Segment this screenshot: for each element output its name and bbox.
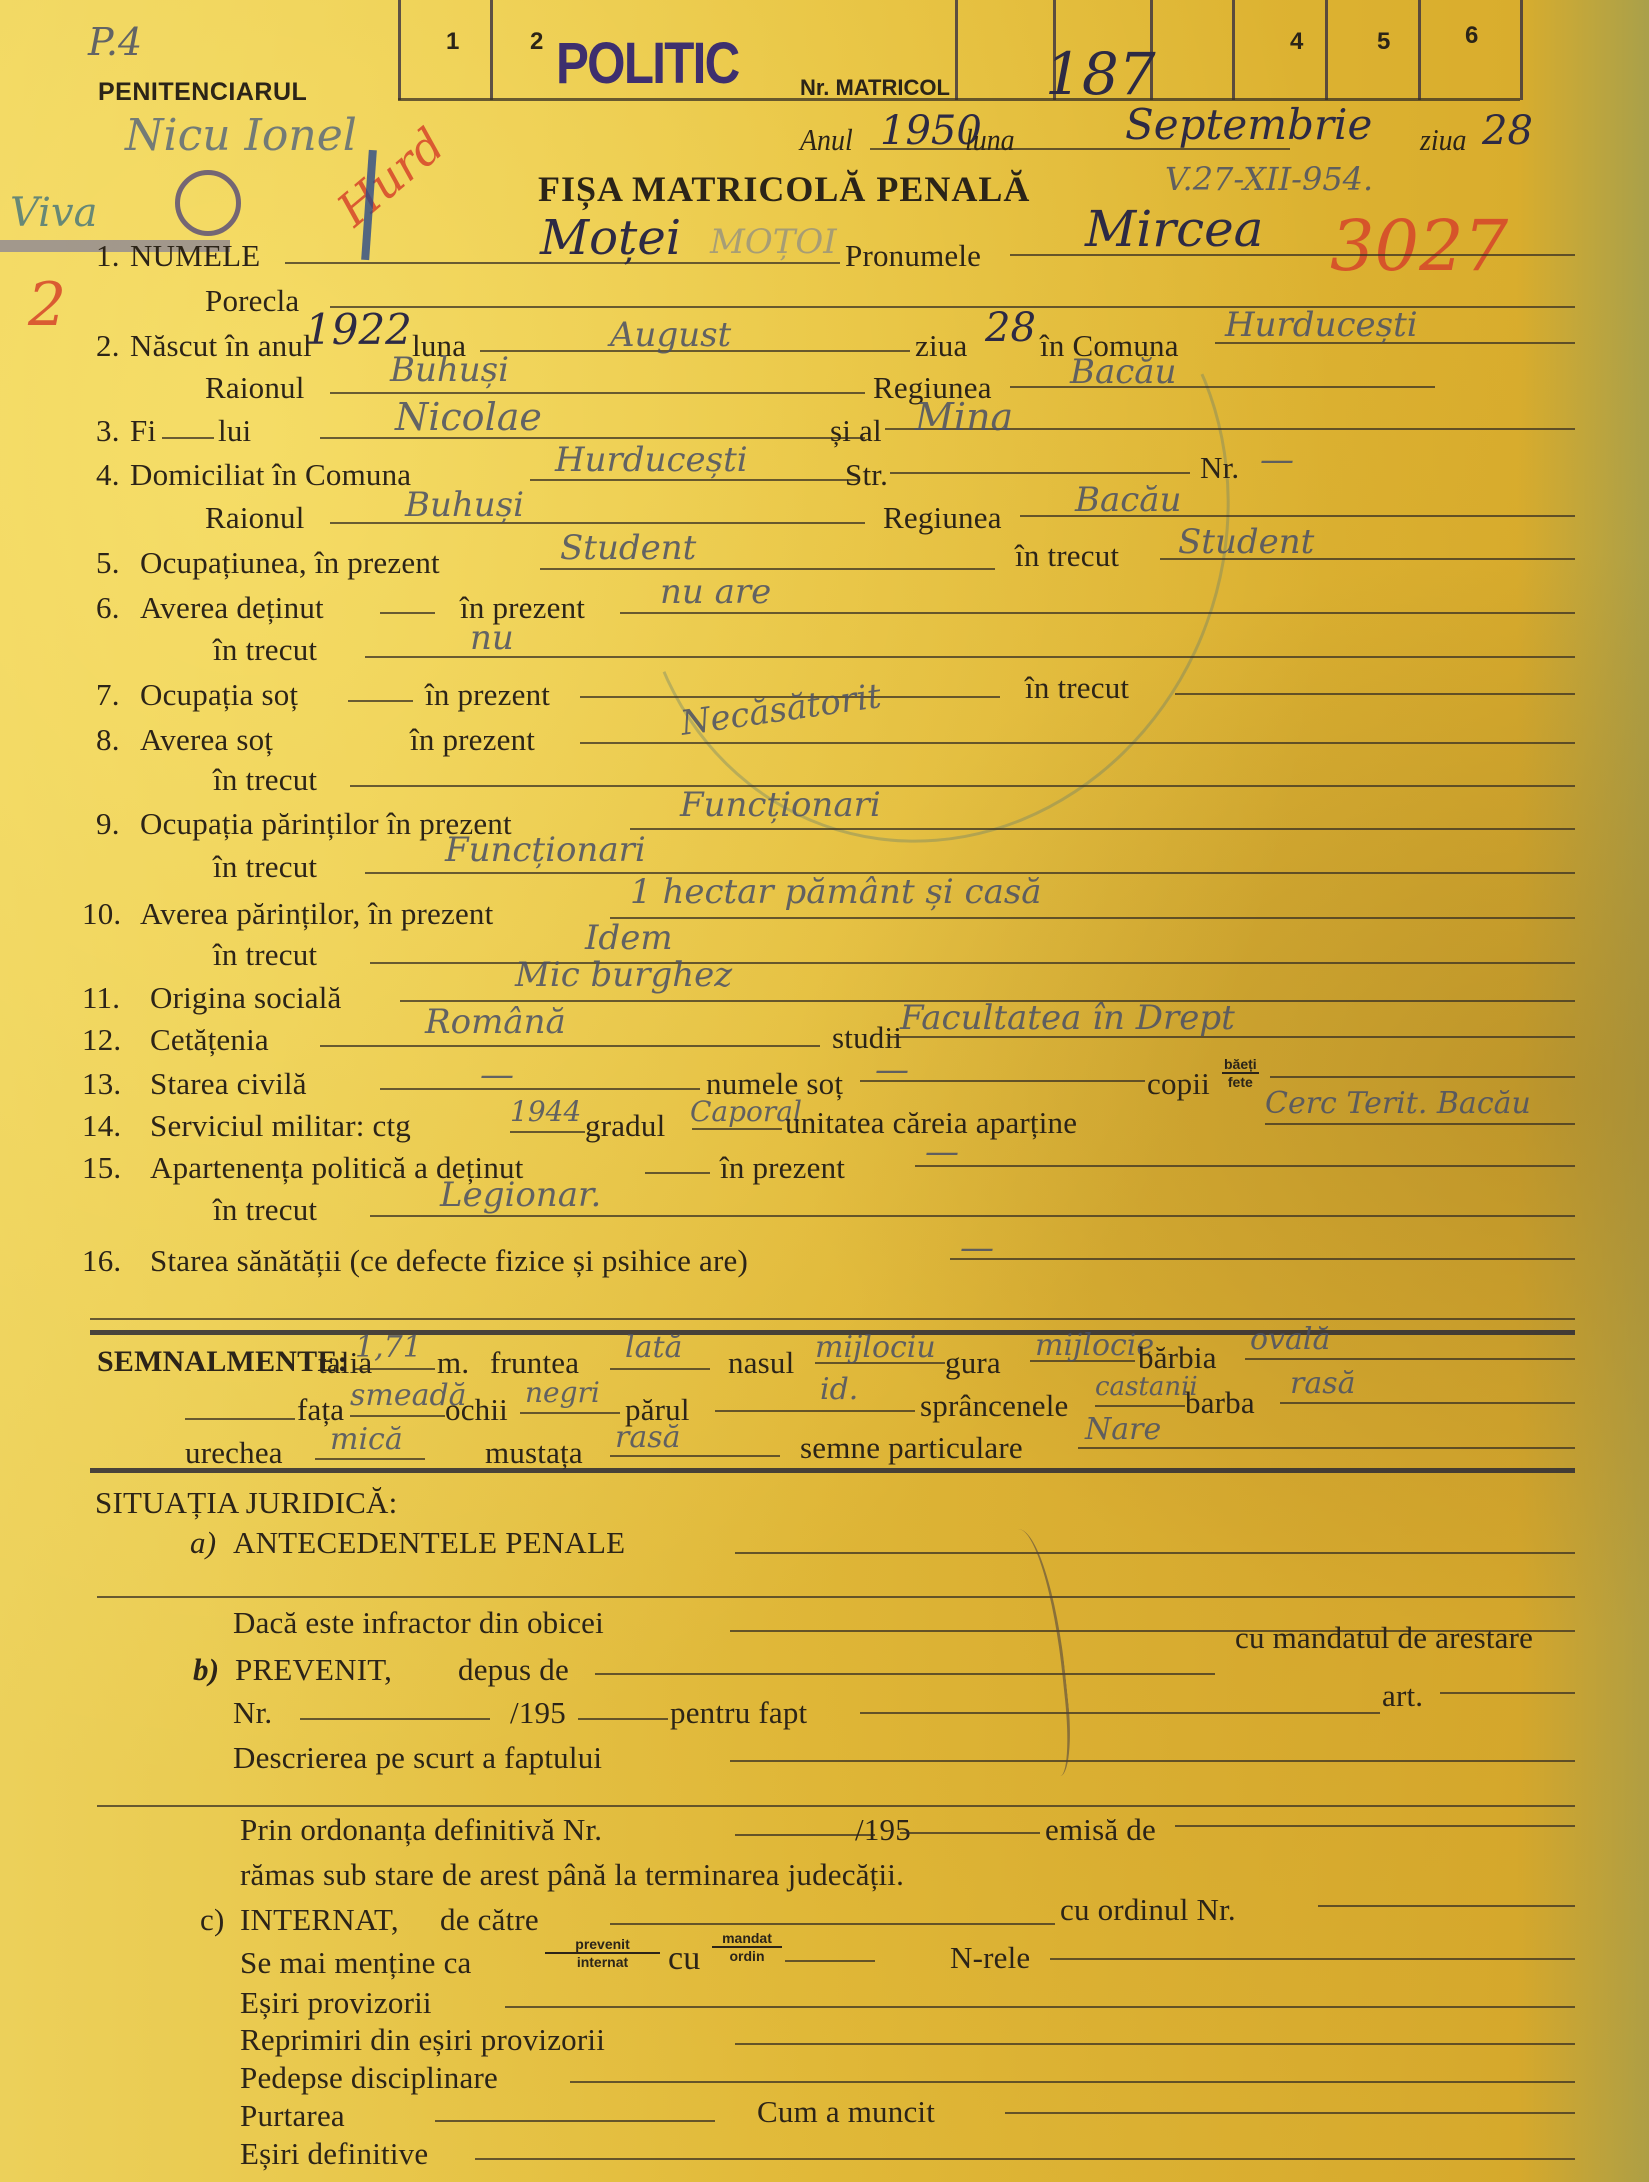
grid-number-4: 4: [1290, 28, 1303, 56]
nasul-label: nasul: [728, 1345, 794, 1381]
mustata-value: rasă: [615, 1420, 681, 1455]
purtarea-label: Purtarea: [240, 2098, 345, 2134]
porecla-label: Porecla: [205, 283, 299, 319]
f4-str-label: Str.: [845, 457, 888, 493]
semnalmente-title: SEMNALMENTE:: [97, 1345, 348, 1379]
situatia-title: SITUAȚIA JURIDICĂ:: [95, 1485, 397, 1521]
esiri-provizorii-label: Eșiri provizorii: [240, 1985, 432, 2021]
f3-number: 3.: [96, 413, 120, 449]
f14-gradul-label: gradul: [585, 1108, 665, 1144]
f4-nr-label: Nr.: [1200, 450, 1239, 486]
f1-stamp: MOȚOI: [710, 222, 837, 262]
f6-number: 6.: [96, 590, 120, 626]
ochii-label: ochii: [445, 1392, 508, 1428]
f10-past: Idem: [585, 918, 673, 958]
an-195-label-2: /195: [855, 1812, 911, 1848]
f11-value: Mic burghez: [515, 955, 732, 995]
f5-number: 5.: [96, 545, 120, 581]
f4-comuna: Hurducești: [555, 440, 748, 480]
b-label: b): [193, 1652, 219, 1688]
red-number: 3027: [1330, 205, 1508, 287]
f10-present: 1 hectar pământ și casă: [630, 872, 1042, 912]
f12-label: Cetățenia: [150, 1022, 269, 1058]
red-mark-left: 2: [28, 270, 66, 340]
f1-label: NUMELE: [130, 238, 260, 274]
f1-number: 1.: [96, 238, 120, 274]
barba-value: rasă: [1290, 1366, 1356, 1401]
urechea-label: urechea: [185, 1435, 283, 1471]
pentru-fapt-label: pentru fapt: [670, 1695, 807, 1731]
f5-trecut-label: în trecut: [1015, 538, 1119, 574]
anul-label: Anul: [800, 122, 853, 158]
f2-year: 1922: [305, 305, 412, 354]
an-195-label: /195: [510, 1695, 566, 1731]
cum-a-muncit-label: Cum a muncit: [757, 2094, 935, 2130]
f2-label: Născut în anul: [130, 328, 312, 364]
section-divider: [90, 1468, 1575, 1473]
f7-prezent-label: în prezent: [425, 677, 550, 713]
f4-label: Domiciliat în Comuna: [130, 457, 411, 493]
grid-divider: [398, 0, 401, 100]
f11-label: Origina socială: [150, 980, 342, 1016]
barbia-value: ovală: [1250, 1322, 1330, 1357]
nr-label: Nr.: [233, 1695, 272, 1731]
pronume-label: Pronumele: [845, 238, 981, 274]
prin-ordonanta-label: Prin ordonanța definitivă Nr.: [240, 1812, 602, 1848]
f11-number: 11.: [82, 980, 120, 1016]
c-label: c): [200, 1902, 224, 1938]
stamp-politic: POLITIC: [556, 30, 739, 97]
luna-label: luna: [965, 122, 1015, 158]
talia-value: 1,71: [355, 1330, 422, 1365]
esiri-definitive-label: Eșiri definitive: [240, 2136, 428, 2172]
f4-regiunea: Bacău: [1075, 480, 1181, 520]
f3-mother: Mina: [915, 395, 1013, 439]
prevenit-label: PREVENIT,: [235, 1652, 392, 1688]
grid-divider: [1325, 0, 1328, 100]
f9-number: 9.: [96, 806, 120, 842]
f4-regiunea-label: Regiunea: [883, 500, 1002, 536]
ziua-label: ziua: [1420, 122, 1467, 158]
pedepse-label: Pedepse disciplinare: [240, 2060, 498, 2096]
f15-past: Legionar.: [440, 1175, 601, 1215]
emisa-de-label: emisă de: [1045, 1812, 1156, 1848]
f7-number: 7.: [96, 677, 120, 713]
se-mentine-label: Se mai menține ca: [240, 1945, 472, 1981]
de-catre-label: de către: [440, 1902, 539, 1938]
gura-value: mijlocie: [1035, 1328, 1154, 1363]
f8-label: Averea soț: [140, 722, 273, 758]
ziua-value: 28: [1482, 108, 1533, 154]
semne-value: Nare: [1085, 1412, 1161, 1447]
semne-label: semne particulare: [800, 1430, 1023, 1466]
internat-label: INTERNAT,: [240, 1902, 399, 1938]
f4-raionul: Buhuși: [405, 485, 524, 525]
f8-number: 8.: [96, 722, 120, 758]
parul-value: id.: [820, 1372, 858, 1407]
f4-raionul-label: Raionul: [205, 500, 305, 536]
art-label: art.: [1382, 1678, 1423, 1714]
cu-ordinul-label: cu ordinul Nr.: [1060, 1892, 1236, 1928]
f1-value: Moței: [540, 210, 681, 266]
grid-divider: [955, 0, 958, 100]
barbia-label: bărbia: [1138, 1340, 1217, 1376]
f13-label: Starea civilă: [150, 1066, 307, 1102]
a-label: a): [190, 1525, 216, 1561]
f12-value: Română: [425, 1002, 566, 1042]
barba-label: barba: [1185, 1385, 1255, 1421]
f13-numele-sot-value: —: [875, 1050, 909, 1090]
grid-divider: [1418, 0, 1421, 100]
f15-present: —: [925, 1132, 959, 1172]
f7-label: Ocupația soț: [140, 677, 298, 713]
ochii-value: negri: [525, 1376, 600, 1409]
descrierea-label: Descrierea pe scurt a faptului: [233, 1740, 602, 1776]
f5-past: Student: [1178, 522, 1314, 562]
f16-number: 16.: [82, 1243, 121, 1279]
grid-number-6: 6: [1465, 22, 1478, 50]
n-rele-label: N-rele: [950, 1940, 1030, 1976]
f13-copii-label: copii: [1147, 1066, 1210, 1102]
f10-trecut-label: în trecut: [213, 937, 317, 973]
f15-trecut-label: în trecut: [213, 1192, 317, 1228]
antecedente-label: ANTECEDENTELE PENALE: [233, 1525, 625, 1561]
fruntea-value: lată: [625, 1330, 682, 1365]
f14-number: 14.: [82, 1108, 121, 1144]
talia-unit: m.: [437, 1345, 469, 1381]
f16-label: Starea sănătății (ce defecte fizice și p…: [150, 1243, 748, 1279]
f5-present: Student: [560, 528, 696, 568]
f2-regiunea: Bacău: [1070, 352, 1176, 392]
f2-raionul: Buhuși: [390, 350, 509, 390]
f12-number: 12.: [82, 1022, 121, 1058]
reprimiri-label: Reprimiri din eșiri provizorii: [240, 2022, 605, 2058]
bracket-pen-mark: [997, 1526, 1076, 1780]
f3-lui-label: lui: [218, 413, 251, 449]
grid-number-5: 5: [1377, 28, 1390, 56]
f5-label: Ocupațiunea, în prezent: [140, 545, 440, 581]
f14-label: Serviciul militar: ctg: [150, 1108, 411, 1144]
f6-past: nu: [470, 618, 514, 658]
f9-trecut-label: în trecut: [213, 849, 317, 885]
f9-present: Funcționari: [680, 785, 881, 825]
sprancenele-label: sprâncenele: [920, 1388, 1069, 1424]
matricol-value: 187: [1045, 40, 1156, 108]
cu-mandatul-label: cu mandatul de arestare: [1235, 1620, 1533, 1656]
left-signature: Nicu Ionel: [125, 110, 357, 161]
f4-nr: —: [1260, 440, 1294, 480]
sprancenele-value: castanii: [1095, 1372, 1198, 1402]
matricol-label: Nr. MATRICOL: [800, 75, 950, 101]
corner-note: P.4: [88, 20, 142, 64]
f3-label: Fi: [130, 413, 156, 449]
f6-present: nu are: [660, 572, 771, 612]
depus-de-label: depus de: [458, 1652, 569, 1688]
f4-number: 4.: [96, 457, 120, 493]
grid-divider: [490, 0, 493, 100]
f2-comuna: Hurducești: [1225, 305, 1418, 345]
f2-month: August: [610, 315, 731, 355]
f13-number: 13.: [82, 1066, 121, 1102]
luna-value: Septembrie: [1125, 100, 1372, 149]
mustata-label: mustața: [485, 1435, 583, 1471]
f10-label: Averea părinților, în prezent: [140, 896, 493, 932]
f6-label: Averea deținut: [140, 590, 324, 626]
f7-trecut-label: în trecut: [1025, 670, 1129, 706]
f2-day: 28: [985, 305, 1036, 351]
f16-value: —: [960, 1228, 994, 1268]
prevenit-internat-fraction: prevenitinternat: [545, 1936, 660, 1970]
f2-number: 2.: [96, 328, 120, 364]
grid-number-1: 1: [446, 28, 459, 56]
f13-value: —: [480, 1055, 514, 1095]
f2-raionul-label: Raionul: [205, 370, 305, 406]
f8-trecut-label: în trecut: [213, 762, 317, 798]
grid-number-2: 2: [530, 28, 543, 56]
grid-divider: [1520, 0, 1523, 100]
gura-label: gura: [945, 1345, 1001, 1381]
f9-past: Funcționari: [445, 830, 646, 870]
institution-label: PENITENCIARUL: [98, 78, 307, 107]
f3-si-al-label: și al: [830, 413, 882, 449]
urechea-value: mică: [330, 1422, 403, 1457]
left-note: Viva: [10, 190, 97, 236]
cu-label: cu: [668, 1940, 701, 1978]
mandat-ordin-fraction: mandatordin: [712, 1930, 782, 1964]
f14-unitatea: Cerc Terit. Bacău: [1265, 1086, 1531, 1121]
pronume-value: Mircea: [1085, 200, 1264, 258]
f12-studii-value: Facultatea în Drept: [900, 998, 1235, 1038]
f13-copii-fraction: băețifete: [1222, 1056, 1259, 1090]
f15-number: 15.: [82, 1150, 121, 1186]
f3-father: Nicolae: [395, 395, 542, 439]
f14-ctg: 1944: [510, 1095, 581, 1128]
circle-stamp-icon: [175, 170, 241, 236]
f8-prezent-label: în prezent: [410, 722, 535, 758]
annotation-date: V.27-XII-954.: [1165, 160, 1373, 198]
f10-number: 10.: [82, 896, 121, 932]
ramas-label: rămas sub stare de arest până la termina…: [240, 1857, 904, 1893]
f6-trecut-label: în trecut: [213, 632, 317, 668]
infractor-label: Dacă este infractor din obicei: [233, 1605, 604, 1641]
f2-ziua-label: ziua: [915, 328, 967, 364]
f15-prezent-label: în prezent: [720, 1150, 845, 1186]
nasul-value: mijlociu: [815, 1330, 936, 1365]
grid-divider: [1232, 0, 1235, 100]
